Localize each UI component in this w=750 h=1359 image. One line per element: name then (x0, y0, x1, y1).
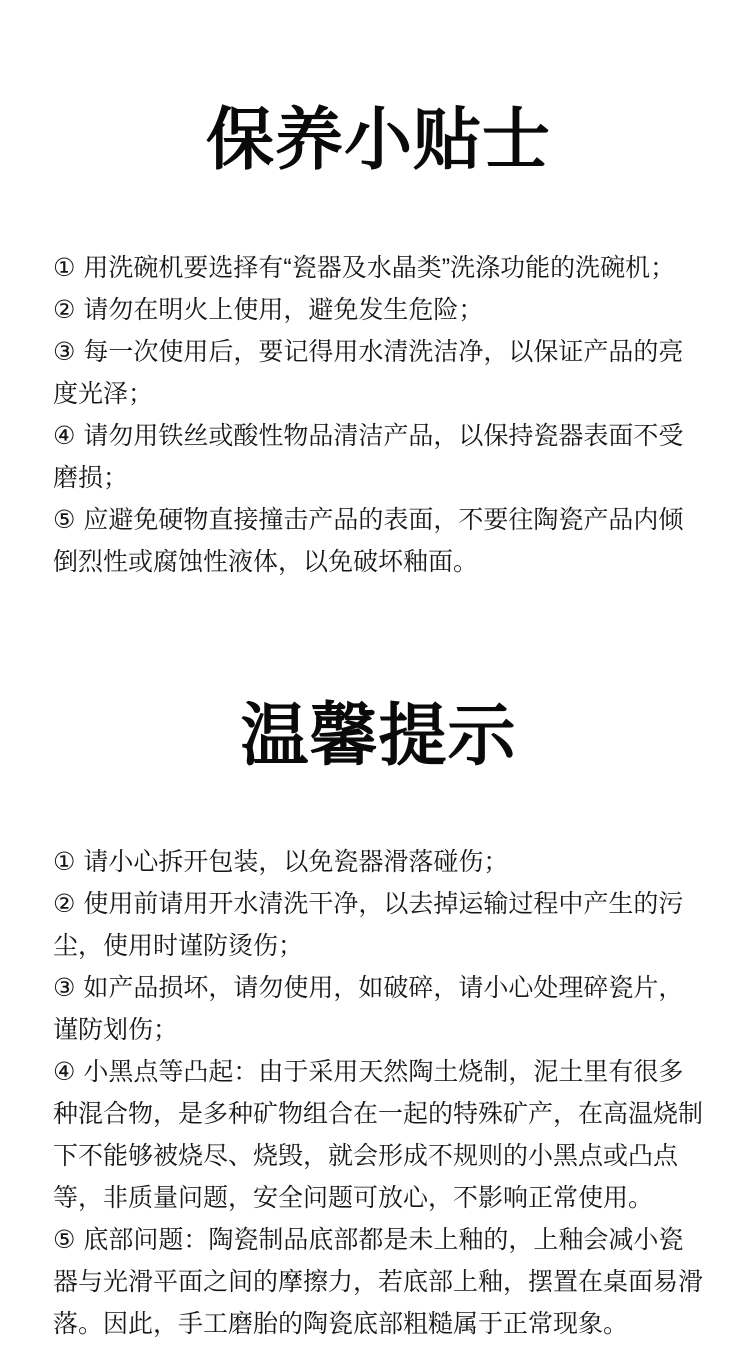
maintenance-tip-2: ②请勿在明火上使用，避免发生危险； (53, 289, 704, 331)
maintenance-tips-section: 保养小贴士 ①用洗碗机要选择有“瓷器及水晶类”洗涤功能的洗碗机； ②请勿在明火上… (53, 106, 704, 583)
product-care-page: 保养小贴士 ①用洗碗机要选择有“瓷器及水晶类”洗涤功能的洗碗机； ②请勿在明火上… (0, 0, 750, 1359)
item-text: 如产品损坏，请勿使用，如破碎，请小心处理碎瓷片，谨防划伤； (53, 974, 683, 1044)
warm-notice-2: ②使用前请用开水清洗干净，以去掉运输过程中产生的污尘，使用时谨防烫伤； (53, 883, 704, 967)
item-text: 请勿用铁丝或酸性物品清洁产品，以保持瓷器表面不受磨损； (53, 422, 683, 492)
item-text: 底部问题：陶瓷制品底部都是未上釉的，上釉会减小瓷器与光滑平面之间的摩擦力，若底部… (53, 1226, 703, 1338)
circled-number: ② (53, 296, 75, 324)
item-text: 应避免硬物直接撞击产品的表面，不要往陶瓷产品内倾倒烈性或腐蚀性液体，以免破坏釉面… (53, 506, 683, 576)
warm-notice-5: ⑤底部问题：陶瓷制品底部都是未上釉的，上釉会减小瓷器与光滑平面之间的摩擦力，若底… (53, 1219, 704, 1345)
maintenance-tip-1: ①用洗碗机要选择有“瓷器及水晶类”洗涤功能的洗碗机； (53, 247, 704, 289)
maintenance-tip-3: ③每一次使用后，要记得用水清洗洁净，以保证产品的亮度光泽； (53, 331, 704, 415)
circled-number: ③ (53, 974, 75, 1002)
warm-notice-3: ③如产品损坏，请勿使用，如破碎，请小心处理碎瓷片，谨防划伤； (53, 967, 704, 1051)
warm-notice-4: ④小黑点等凸起：由于采用天然陶土烧制，泥土里有很多种混合物，是多种矿物组合在一起… (53, 1051, 704, 1219)
item-text: 请勿在明火上使用，避免发生危险； (83, 296, 483, 324)
circled-number: ① (53, 848, 75, 876)
maintenance-tip-5: ⑤应避免硬物直接撞击产品的表面，不要往陶瓷产品内倾倒烈性或腐蚀性液体，以免破坏釉… (53, 499, 704, 583)
circled-number: ④ (53, 422, 75, 450)
item-text: 使用前请用开水清洗干净，以去掉运输过程中产生的污尘，使用时谨防烫伤； (53, 890, 683, 960)
item-text: 用洗碗机要选择有“瓷器及水晶类”洗涤功能的洗碗机； (83, 254, 675, 282)
item-text: 小黑点等凸起：由于采用天然陶土烧制，泥土里有很多种混合物，是多种矿物组合在一起的… (53, 1058, 703, 1212)
warm-notice-1: ①请小心拆开包装，以免瓷器滑落碰伤； (53, 841, 704, 883)
warm-notice-title: 温馨提示 (53, 702, 704, 770)
maintenance-tips-list: ①用洗碗机要选择有“瓷器及水晶类”洗涤功能的洗碗机； ②请勿在明火上使用，避免发… (53, 247, 704, 583)
item-text: 每一次使用后，要记得用水清洗洁净，以保证产品的亮度光泽； (53, 338, 683, 408)
warm-notice-list: ①请小心拆开包装，以免瓷器滑落碰伤； ②使用前请用开水清洗干净，以去掉运输过程中… (53, 841, 704, 1345)
circled-number: ⑤ (53, 1226, 75, 1254)
circled-number: ① (53, 254, 75, 282)
maintenance-tips-title: 保养小贴士 (53, 106, 704, 174)
maintenance-tip-4: ④请勿用铁丝或酸性物品清洁产品，以保持瓷器表面不受磨损； (53, 415, 704, 499)
circled-number: ④ (53, 1058, 75, 1086)
circled-number: ⑤ (53, 506, 75, 534)
circled-number: ③ (53, 338, 75, 366)
item-text: 请小心拆开包装，以免瓷器滑落碰伤； (83, 848, 508, 876)
warm-notice-section: 温馨提示 ①请小心拆开包装，以免瓷器滑落碰伤； ②使用前请用开水清洗干净，以去掉… (53, 702, 704, 1345)
circled-number: ② (53, 890, 75, 918)
